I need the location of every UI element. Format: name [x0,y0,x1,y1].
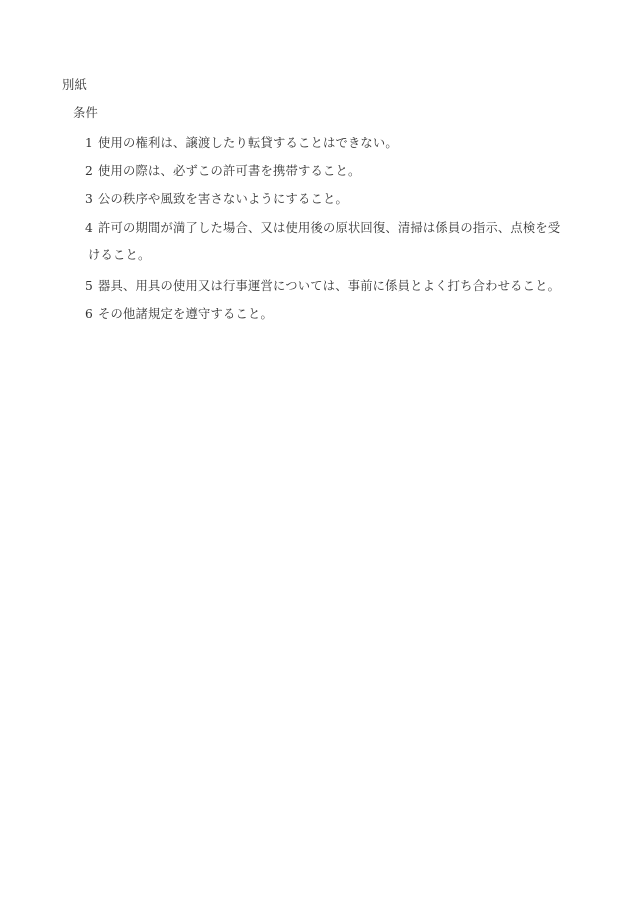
condition-text: 使用の際は、必ずこの許可書を携帯すること。 [98,164,360,178]
condition-text: 使用の権利は、譲渡したり転貸することはできない。 [98,136,398,150]
condition-text: その他諸規定を遵守すること。 [98,307,273,321]
condition-item-2: 2 使用の際は、必ずこの許可書を携帯すること。 [85,164,360,178]
condition-text: 許可の期間が満了した場合、又は使用後の原状回復、清掃は係員の指示、点検を受 [98,221,560,235]
condition-text: 器具、用具の使用又は行事運営については、事前に係員とよく打ち合わせること。 [98,279,560,293]
condition-number: 6 [85,307,98,321]
condition-item-3: 3 公の秩序や風致を害さないようにすること。 [85,192,348,206]
condition-item-4-continuation: けること。 [88,248,151,262]
condition-number: 2 [85,164,98,178]
attachment-label: 別紙 [62,78,87,92]
condition-item-1: 1 使用の権利は、譲渡したり転貸することはできない。 [85,136,398,150]
document-page: 別紙 条件 1 使用の権利は、譲渡したり転貸することはできない。 2 使用の際は… [0,0,630,915]
condition-number: 1 [85,136,98,150]
condition-number: 3 [85,192,98,206]
condition-item-4: 4 許可の期間が満了した場合、又は使用後の原状回復、清掃は係員の指示、点検を受 [85,221,560,235]
condition-number: 5 [85,279,98,293]
section-title: 条件 [73,106,98,120]
condition-item-6: 6 その他諸規定を遵守すること。 [85,307,273,321]
condition-text: 公の秩序や風致を害さないようにすること。 [98,192,348,206]
condition-item-5: 5 器具、用具の使用又は行事運営については、事前に係員とよく打ち合わせること。 [85,279,560,293]
condition-number: 4 [85,221,98,235]
